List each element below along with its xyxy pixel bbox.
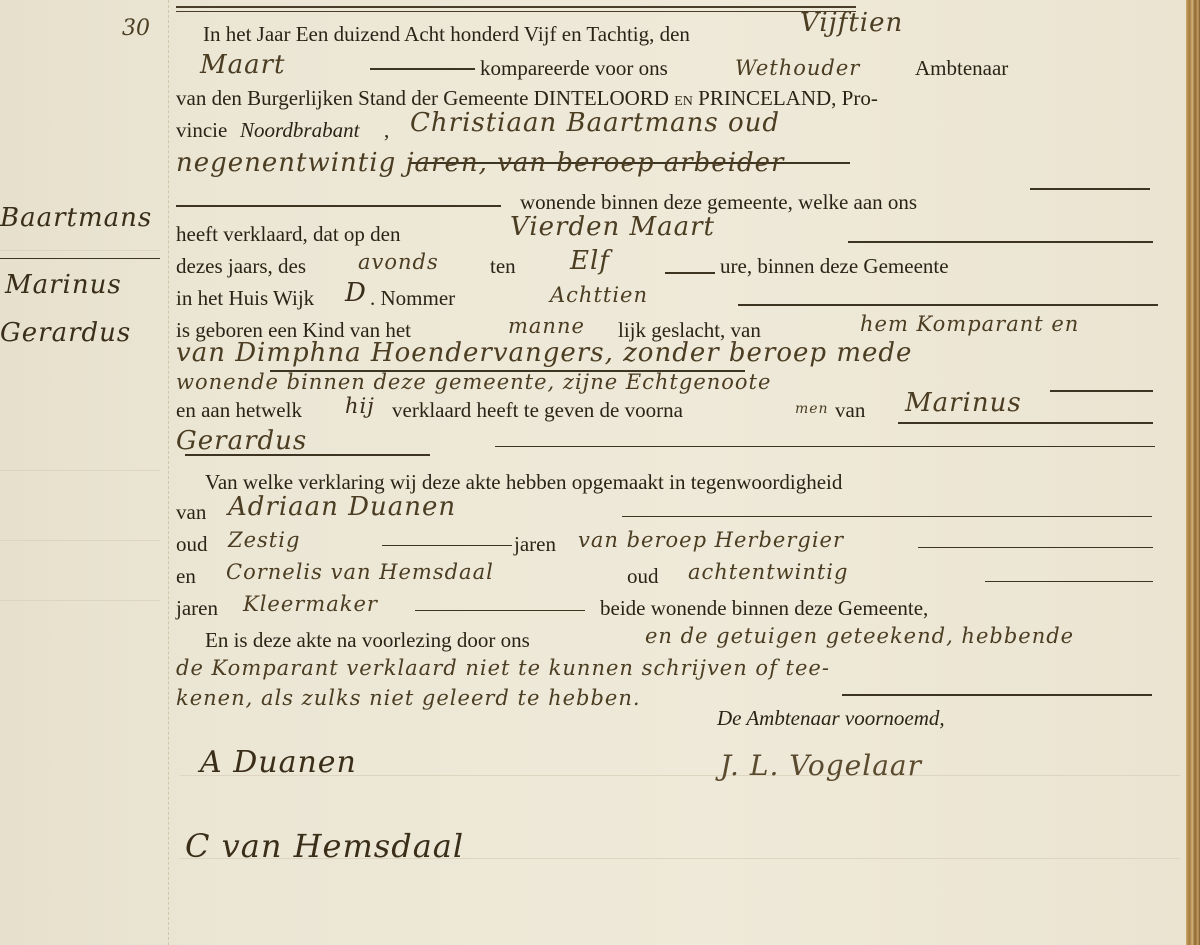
margin-faint-line bbox=[0, 600, 160, 601]
hand-signing-clause: en de getuigen geteekend, hebbende bbox=[645, 626, 1074, 647]
printed-vincie: vincie bbox=[176, 120, 227, 141]
hand-mother: van Dimphna Hoendervangers, zonder beroe… bbox=[176, 340, 912, 366]
hand-official-title: Wethouder bbox=[735, 58, 860, 79]
hand-suffix: men bbox=[795, 402, 829, 416]
printed-nommer: . Nommer bbox=[370, 288, 455, 309]
margin-faint-line bbox=[0, 540, 160, 541]
printed-closing: De Ambtenaar voornoemd, bbox=[717, 708, 945, 729]
margin-rule bbox=[168, 0, 169, 945]
hand-age-2: achtentwintig bbox=[688, 562, 848, 583]
fill-rule bbox=[1030, 188, 1150, 190]
hand-occupation-1: van beroep Herbergier bbox=[578, 530, 844, 551]
hand-pronoun: hij bbox=[345, 396, 375, 417]
printed-burgerlijke-stand: van den Burgerlijken Stand der Gemeente … bbox=[176, 88, 878, 109]
hand-day: Vijftien bbox=[800, 10, 903, 36]
hand-parents: hem Komparant en bbox=[860, 314, 1079, 335]
fill-rule bbox=[665, 272, 715, 274]
fill-rule bbox=[842, 694, 1152, 696]
hand-age-1: Zestig bbox=[228, 530, 300, 551]
name-underline bbox=[898, 422, 1153, 424]
fill-rule bbox=[415, 610, 585, 611]
printed-ten: ten bbox=[490, 256, 516, 277]
printed-oud-2: oud bbox=[627, 566, 659, 587]
fill-rule bbox=[622, 516, 1152, 517]
hand-given-name-1: Marinus bbox=[905, 390, 1022, 416]
record-number: 30 bbox=[122, 16, 150, 41]
printed-dezes-jaars: dezes jaars, des bbox=[176, 256, 306, 277]
hand-house-number: Achttien bbox=[550, 285, 648, 306]
printed-verklaard-heeft: verklaard heeft te geven de voorna bbox=[392, 400, 683, 421]
printed-comma: , bbox=[384, 120, 389, 141]
printed-huis-wijk: in het Huis Wijk bbox=[176, 288, 314, 309]
printed-jaren-2: jaren bbox=[176, 598, 218, 619]
printed-province: Noordbrabant bbox=[240, 120, 359, 141]
printed-van-welke-verklaring: Van welke verklaring wij deze akte hebbe… bbox=[205, 472, 842, 493]
margin-faint-line bbox=[0, 470, 160, 471]
printed-en: EN bbox=[674, 94, 693, 109]
fill-rule bbox=[985, 581, 1153, 582]
margin-rule-line bbox=[0, 258, 160, 259]
printed-oud: oud bbox=[176, 534, 208, 555]
margin-given-name-2: Gerardus bbox=[0, 320, 131, 346]
printed-intro: In het Jaar Een duizend Acht honderd Vij… bbox=[203, 24, 690, 45]
printed-en-aan-hetwelk: en aan hetwelk bbox=[176, 400, 302, 421]
hand-sex: manne bbox=[508, 316, 585, 337]
printed-heeft-verklaard: heeft verklaard, dat op den bbox=[176, 224, 400, 245]
hand-declarant: Christiaan Baartmans oud bbox=[410, 110, 780, 136]
fill-rule bbox=[1050, 390, 1153, 392]
hand-given-name-2: Gerardus bbox=[176, 428, 307, 454]
signature-witness-1: A Duanen bbox=[200, 748, 357, 778]
printed-kompareerde: kompareerde voor ons bbox=[480, 58, 668, 79]
fill-rule bbox=[848, 241, 1153, 243]
fill-rule bbox=[382, 545, 512, 546]
fill-rule bbox=[738, 304, 1158, 306]
hand-declaration: de Komparant verklaard niet te kunnen sc… bbox=[176, 658, 830, 679]
printed-jaren: jaren bbox=[514, 534, 556, 555]
fill-rule bbox=[918, 547, 1153, 548]
top-double-rule-lower bbox=[176, 11, 856, 12]
fill-rule bbox=[495, 446, 1155, 447]
book-binding-edge bbox=[1186, 0, 1200, 945]
margin-surname: Baartmans bbox=[0, 205, 152, 231]
hand-witness-2: Cornelis van Hemsdaal bbox=[226, 562, 494, 583]
register-page: Baartmans Marinus Gerardus 30 In het Jaa… bbox=[0, 0, 1186, 945]
hand-time-of-day: avonds bbox=[358, 252, 439, 273]
name-underline bbox=[185, 454, 430, 456]
printed-wonende: wonende binnen deze gemeente, welke aan … bbox=[520, 192, 917, 213]
printed-en-witness: en bbox=[176, 566, 196, 587]
hand-residence: wonende binnen deze gemeente, zijne Echt… bbox=[176, 372, 771, 393]
hand-witness-1: Adriaan Duanen bbox=[228, 494, 456, 520]
printed-van: van bbox=[835, 400, 865, 421]
top-double-rule bbox=[176, 6, 856, 8]
printed-princeland: PRINCELAND, Pro- bbox=[698, 86, 878, 110]
hand-month: Maart bbox=[200, 52, 286, 78]
printed-ambtenaar: Ambtenaar bbox=[915, 58, 1008, 79]
printed-ure: ure, binnen deze Gemeente bbox=[720, 256, 949, 277]
hand-birth-date: Vierden Maart bbox=[510, 214, 715, 240]
margin-faint-line bbox=[0, 250, 160, 251]
fill-rule bbox=[176, 205, 501, 207]
printed-beide-wonende: beide wonende binnen deze Gemeente, bbox=[600, 598, 928, 619]
printed-van-witness: van bbox=[176, 502, 206, 523]
printed-en-is-deze-akte: En is deze akte na voorlezing door ons bbox=[205, 630, 530, 651]
margin-given-name-1: Marinus bbox=[5, 272, 122, 298]
hand-occupation-2: Kleermaker bbox=[243, 594, 378, 615]
hand-age-occupation: negenentwintig jaren, van beroep arbeide… bbox=[176, 150, 784, 176]
hand-declaration-end: kenen, als zulks niet geleerd te hebben. bbox=[176, 688, 641, 709]
hand-wijk: D bbox=[345, 280, 367, 306]
hand-hour: Elf bbox=[570, 248, 610, 274]
signature-official: J. L. Vogelaar bbox=[720, 752, 922, 780]
printed-gemeente: van den Burgerlijken Stand der Gemeente … bbox=[176, 86, 669, 110]
fill-rule bbox=[370, 68, 475, 70]
signature-witness-2: C van Hemsdaal bbox=[185, 830, 464, 862]
